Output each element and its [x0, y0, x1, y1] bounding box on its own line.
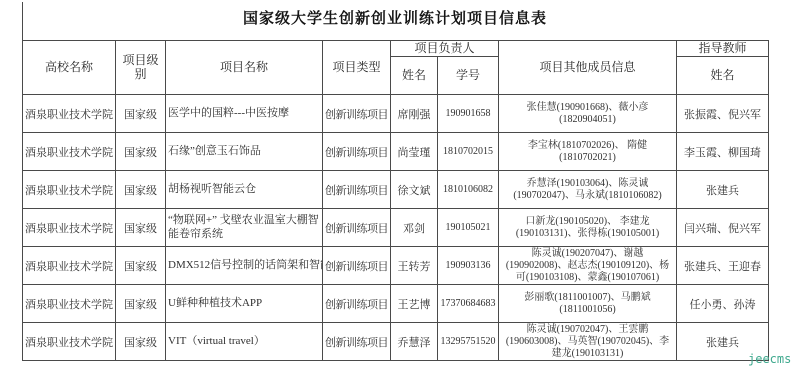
- header-leader-group: 项目负责人: [391, 41, 499, 57]
- header-members: 项目其他成员信息: [499, 41, 677, 95]
- header-project-name: 项目名称: [166, 41, 323, 95]
- cell-level: 国家级: [116, 285, 166, 323]
- cell-leader-name: 尚莹瑾: [391, 133, 438, 171]
- cell-members: 李宝林(1810702026)、 隋健(1810702021): [499, 133, 677, 171]
- cell-leader-name: 席刚强: [391, 95, 438, 133]
- cell-project-type: 创新训练项目: [323, 171, 391, 209]
- cell-leader-name: 王转芳: [391, 247, 438, 285]
- cell-leader-id: 1810702015: [438, 133, 499, 171]
- page: 国家级大学生创新创业训练计划项目信息表 高校名称 项目级别 项目名称 项目类型 …: [0, 0, 797, 382]
- cell-leader-name: 乔慧泽: [391, 323, 438, 361]
- cell-leader-name: 邓剑: [391, 209, 438, 247]
- header-school: 高校名称: [23, 41, 116, 95]
- table-left-stub-border: [22, 2, 23, 40]
- cell-school: 酒泉职业技术学院: [23, 209, 116, 247]
- table-row: 酒泉职业技术学院 国家级 胡杨视听智能云仓 创新训练项目 徐文斌 1810106…: [23, 171, 769, 209]
- header-leader-name: 姓名: [391, 57, 438, 95]
- cell-school: 酒泉职业技术学院: [23, 285, 116, 323]
- cell-leader-id: 17370684683: [438, 285, 499, 323]
- table-row: 酒泉职业技术学院 国家级 “物联网+” 戈壁农业温室大棚智能卷帘系统 创新训练项…: [23, 209, 769, 247]
- table-row: 酒泉职业技术学院 国家级 DMX512信号控制的话筒架和智能追 创新训练项目 王…: [23, 247, 769, 285]
- cell-members: 彭丽歌(1811001007)、马鹏斌(1811001056): [499, 285, 677, 323]
- cell-project-name: 胡杨视听智能云仓: [166, 171, 323, 209]
- cell-level: 国家级: [116, 209, 166, 247]
- header-advisor-name: 姓名: [677, 57, 769, 95]
- cell-level: 国家级: [116, 95, 166, 133]
- cell-members: 口新龙(190105020)、 李建龙(190103131)、张得栋(19010…: [499, 209, 677, 247]
- cell-school: 酒泉职业技术学院: [23, 133, 116, 171]
- table-row: 酒泉职业技术学院 国家级 石缘”创意玉石饰品 创新训练项目 尚莹瑾 181070…: [23, 133, 769, 171]
- cell-advisors: 任小勇、孙涛: [677, 285, 769, 323]
- cell-leader-id: 190105021: [438, 209, 499, 247]
- cell-level: 国家级: [116, 133, 166, 171]
- cell-project-type: 创新训练项目: [323, 133, 391, 171]
- cell-school: 酒泉职业技术学院: [23, 247, 116, 285]
- table-header-row-top: 高校名称 项目级别 项目名称 项目类型 项目负责人 项目其他成员信息 指导教师: [23, 41, 769, 57]
- page-title: 国家级大学生创新创业训练计划项目信息表: [22, 7, 768, 28]
- cell-school: 酒泉职业技术学院: [23, 323, 116, 361]
- cell-members: 张佳慧(190901668)、薇小彦(1820904051): [499, 95, 677, 133]
- cell-project-type: 创新训练项目: [323, 323, 391, 361]
- cell-project-type: 创新训练项目: [323, 285, 391, 323]
- cell-leader-name: 徐文斌: [391, 171, 438, 209]
- cell-advisors: 闫兴瑞、倪兴军: [677, 209, 769, 247]
- cell-project-name: U鲜种种植技术APP: [166, 285, 323, 323]
- cell-advisors: 李玉霞、柳国琦: [677, 133, 769, 171]
- cell-level: 国家级: [116, 323, 166, 361]
- header-advisor-group: 指导教师: [677, 41, 769, 57]
- cell-level: 国家级: [116, 171, 166, 209]
- table-row: 酒泉职业技术学院 国家级 医学中的国粹---中医按摩 创新训练项目 席刚强 19…: [23, 95, 769, 133]
- header-level: 项目级别: [116, 41, 166, 95]
- cell-members: 陈灵诚(190207047)、谢越(190902008)、赵志杰(1901091…: [499, 247, 677, 285]
- header-project-type: 项目类型: [323, 41, 391, 95]
- cell-project-name: “物联网+” 戈壁农业温室大棚智能卷帘系统: [166, 209, 323, 247]
- cell-project-type: 创新训练项目: [323, 209, 391, 247]
- cell-level: 国家级: [116, 247, 166, 285]
- cell-members: 乔慧泽(190103064)、陈灵诚(190702047)、马永斌(181010…: [499, 171, 677, 209]
- cell-school: 酒泉职业技术学院: [23, 171, 116, 209]
- cell-members: 陈灵诚(190702047)、王雲鹏(190603008)、马英智(190702…: [499, 323, 677, 361]
- cell-advisors: 张建兵: [677, 171, 769, 209]
- cell-advisors: 张建兵、王迎春: [677, 247, 769, 285]
- cell-project-name: DMX512信号控制的话筒架和智能追: [166, 247, 323, 285]
- table-row: 酒泉职业技术学院 国家级 U鲜种种植技术APP 创新训练项目 王艺博 17370…: [23, 285, 769, 323]
- cell-project-name: VIT（virtual travel）: [166, 323, 323, 361]
- projects-table: 高校名称 项目级别 项目名称 项目类型 项目负责人 项目其他成员信息 指导教师 …: [22, 40, 769, 361]
- cell-leader-id: 190903136: [438, 247, 499, 285]
- cell-project-name: 医学中的国粹---中医按摩: [166, 95, 323, 133]
- cell-leader-id: 13295751520: [438, 323, 499, 361]
- cell-project-name: 石缘”创意玉石饰品: [166, 133, 323, 171]
- cell-school: 酒泉职业技术学院: [23, 95, 116, 133]
- cell-leader-id: 190901658: [438, 95, 499, 133]
- header-leader-id: 学号: [438, 57, 499, 95]
- cell-project-type: 创新训练项目: [323, 247, 391, 285]
- cell-advisors: 张振霞、倪兴军: [677, 95, 769, 133]
- cell-leader-name: 王艺博: [391, 285, 438, 323]
- table-row: 酒泉职业技术学院 国家级 VIT（virtual travel） 创新训练项目 …: [23, 323, 769, 361]
- cell-project-type: 创新训练项目: [323, 95, 391, 133]
- cell-leader-id: 1810106082: [438, 171, 499, 209]
- jeecms-watermark: jeecms: [748, 352, 791, 366]
